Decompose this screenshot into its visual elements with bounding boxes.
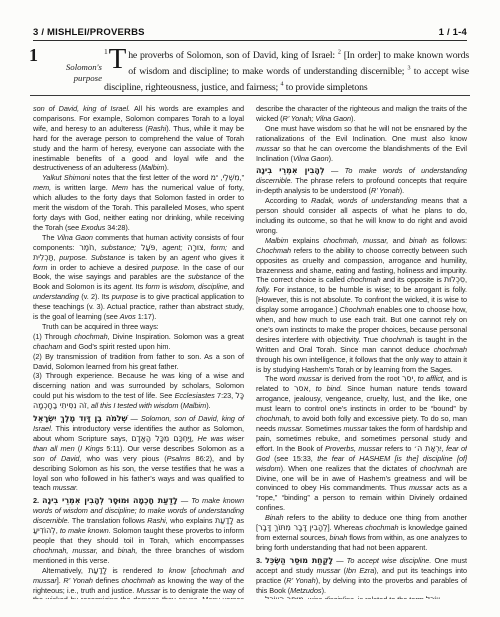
margin-note-line-1: Solomon's xyxy=(44,62,102,73)
text-segment: The word xyxy=(265,374,298,383)
text-segment: Sometimes xyxy=(303,424,343,433)
text-segment: To accept wise discipline. xyxy=(347,556,432,565)
text-segment: to know xyxy=(157,566,185,575)
text-segment: chochmah, xyxy=(74,332,109,341)
text-segment: wise discipline, xyxy=(308,595,356,599)
text-segment: (1) Through xyxy=(33,332,74,341)
hebrew-text: מוּסַר הַשְׂכֵּל xyxy=(265,595,304,599)
verse-number-1: 1 xyxy=(104,47,108,56)
text-segment: form xyxy=(145,282,159,291)
text-segment: 7:23, xyxy=(215,391,236,400)
commentary-column-left: son of David, king of Israel. All his wo… xyxy=(33,104,244,599)
text-segment: is derived from the root xyxy=(322,374,402,383)
commentary-paragraph: son of David, king of Israel. All his wo… xyxy=(33,104,244,173)
hebrew-text: לָקַחַת מוּסַר הַשְׂכֵּל xyxy=(265,556,333,565)
commentary-paragraph: One must have wisdom so that he will not… xyxy=(256,124,467,164)
text-segment: mussar xyxy=(409,483,433,492)
text-segment: Ibn Ezra xyxy=(346,566,374,575)
text-segment: purpose. Substance xyxy=(59,253,125,262)
text-segment: folly. xyxy=(256,285,270,294)
commentary-paragraph: The word mussar is derived from the root… xyxy=(256,374,467,513)
text-segment: Exodus xyxy=(81,223,105,232)
text-segment: R’ Yonah; Vilna Gaon xyxy=(283,114,352,123)
text-segment: — xyxy=(333,556,347,565)
text-segment: Malbim xyxy=(183,401,206,410)
text-segment: is xyxy=(160,282,170,291)
text-segment: is rendered xyxy=(107,566,157,575)
text-segment: and xyxy=(388,236,409,245)
commentary-paragraph: (3) Through experience. Because he was k… xyxy=(33,371,244,411)
text-segment: , xyxy=(465,275,467,284)
text-segment: 34:28). xyxy=(105,223,130,232)
text-segment: 5:11). Our verse describes Solomon as a xyxy=(103,444,244,453)
text-segment: chochmah, mussar, xyxy=(323,236,388,245)
text-segment: substance; xyxy=(101,243,136,252)
text-segment: ). xyxy=(206,401,210,410)
hebrew-text: לָדַעַת חָכְמָה וּמוּסָר לְהָבִין אִמְרֵ… xyxy=(42,496,178,505)
text-segment: chochmah xyxy=(347,275,380,284)
text-segment: to bind. xyxy=(316,384,343,393)
text-segment: ). xyxy=(400,186,404,195)
commentary-paragraph: Yalkut Shimoni notes that the first lett… xyxy=(33,173,244,232)
text-segment: R’ Yonah xyxy=(286,576,315,585)
header-book-title: 3 / MISHLEI/PROVERBS xyxy=(33,27,145,38)
text-segment: Vilna Gaon xyxy=(57,233,93,242)
text-segment: who was very pious ( xyxy=(81,454,166,463)
chapter-number: 1 xyxy=(29,48,38,62)
text-segment: wisdom, discipline, xyxy=(169,282,229,291)
text-segment: mussar xyxy=(298,374,322,383)
text-segment: is taken by an xyxy=(125,253,181,262)
commentary-paragraph: (1) Through chochmah, Divine Inspiration… xyxy=(33,332,244,352)
text-segment: The xyxy=(42,233,57,242)
text-segment: Binah xyxy=(265,513,284,522)
text-segment: , xyxy=(440,595,442,599)
hebrew-text: חֹמֶר xyxy=(79,243,94,252)
text-segment: 2. xyxy=(33,496,42,505)
text-segment: chochmah xyxy=(420,464,453,473)
text-segment: chochmah xyxy=(121,576,154,585)
text-segment: The translation follows xyxy=(70,516,148,525)
text-segment: chochmah xyxy=(381,335,414,344)
text-segment: as xyxy=(234,516,244,525)
text-segment: binah, xyxy=(118,546,138,555)
text-segment: — xyxy=(127,414,140,423)
hebrew-text: יסר xyxy=(402,374,413,383)
text-segment: 3. xyxy=(256,556,265,565)
page-header: 3 / MISHLEI/PROVERBS 1 / 1-4 xyxy=(33,27,467,38)
text-segment: and its opposite is xyxy=(381,275,444,284)
text-segment: Chochmah xyxy=(256,246,291,255)
text-segment: all this I tested with wisdom xyxy=(91,401,179,410)
drop-cap-letter: T xyxy=(109,47,129,72)
text-segment: in order to achieve a desired xyxy=(47,263,151,272)
text-segment: form; xyxy=(211,243,227,252)
text-segment: Mem xyxy=(112,183,128,192)
commentary-paragraph: The Vilna Gaon comments that human activ… xyxy=(33,233,244,322)
text-segment: as follows: xyxy=(427,236,467,245)
text-segment: through his own intelligence, it follows… xyxy=(256,355,467,374)
text-segment: chochmah, mussar, xyxy=(33,546,98,555)
text-segment: Its xyxy=(133,282,145,291)
hebrew-text: תַּכְלִית xyxy=(33,253,54,262)
text-segment: One must have wisdom so that he will not… xyxy=(256,124,467,143)
text-segment: chochmah, xyxy=(256,414,291,423)
hebrew-text: צוּרָה xyxy=(187,243,203,252)
text-segment: Truth can be acquired in three ways: xyxy=(42,322,159,331)
text-segment: binah xyxy=(409,236,427,245)
text-segment: mussar. xyxy=(53,483,78,492)
text-segment: agent; xyxy=(162,243,182,252)
text-segment: to provide simpletons xyxy=(283,82,367,93)
text-segment: Metzudos xyxy=(290,586,321,595)
hebrew-text: וַיֶּחְכַּם מִכָּל הָאָדָם xyxy=(131,434,192,443)
text-segment: son of David, king of Israel. xyxy=(33,104,134,113)
text-segment: and God’s spirit rested upon him. xyxy=(62,342,170,351)
text-segment: ). xyxy=(329,154,333,163)
text-segment: (v. 2). Its xyxy=(79,292,112,301)
text-segment: (2) By transmission of tradition from fa… xyxy=(33,352,244,371)
verse-text-body: he proverbs of Solomon, son of David, ki… xyxy=(104,50,469,93)
hebrew-text: שֵׂכֶל xyxy=(426,595,440,599)
commentary-paragraph: 2. לָדַעַת חָכְמָה וּמוּסָר לְהָבִין אִמ… xyxy=(33,496,244,565)
text-segment: According to xyxy=(265,196,311,205)
text-segment: Ecclesiastes xyxy=(175,391,215,400)
text-segment: , xyxy=(309,384,316,393)
text-segment: Yalkut Shimoni xyxy=(42,173,90,182)
text-segment: purpose xyxy=(112,292,138,301)
text-segment: Alternatively, xyxy=(42,566,88,575)
text-segment: explains xyxy=(288,236,323,245)
commentary-paragraph: According to Radak, words of understandi… xyxy=(256,196,467,236)
hebrew-text: פֹּעַל xyxy=(141,243,155,252)
commentary-paragraph: Malbim explains chochmah, mussar, and bi… xyxy=(256,236,467,375)
commentary-paragraph: (2) By transmission of tradition from fa… xyxy=(33,352,244,372)
text-segment: Malbim xyxy=(265,236,288,245)
text-segment: R’ Yonah xyxy=(63,576,92,585)
text-segment: — xyxy=(178,496,192,505)
hebrew-text: לְהָבִין אִמְרֵי בִינָה xyxy=(256,166,325,175)
text-segment: chochmah xyxy=(365,523,398,532)
commentary-paragraph: Alternatively, לָדַעַת is rendered to kn… xyxy=(33,566,244,599)
text-segment: and xyxy=(230,282,244,291)
text-segment: ). xyxy=(351,114,355,123)
text-segment: Divine Inspiration. Solomon was a great xyxy=(110,332,244,341)
text-segment: so that he can overcome the blandishment… xyxy=(256,144,467,163)
hebrew-text: אסר xyxy=(294,384,309,393)
verse-translation: 1The proverbs of Solomon, son of David, … xyxy=(104,47,469,95)
hebrew-text: שְׁלֹמֹה בֶן דָּוִד מֶלֶךְ יִשְׂרָאֵל xyxy=(33,414,127,423)
text-segment: ). xyxy=(164,163,168,172)
commentary-paragraph: 3. לָקַחַת מוּסַר הַשְׂכֵּל — To accept … xyxy=(256,556,467,596)
text-segment: Vilna Gaon xyxy=(293,154,329,163)
text-segment: he proverbs of Solomon, son of David, ki… xyxy=(128,50,338,61)
text-segment: 1:17). xyxy=(136,312,156,321)
commentary-section: son of David, king of Israel. All his wo… xyxy=(33,104,467,599)
hebrew-text: לָדַעַת xyxy=(88,566,107,575)
header-chapter-verses: 1 / 1-4 xyxy=(439,27,467,38)
text-segment: mem, xyxy=(33,183,51,192)
text-segment: son of David, xyxy=(33,454,81,463)
commentary-paragraph: Binah refers to the ability to deduce on… xyxy=(256,513,467,553)
hebrew-text: מִשְׁלֵי xyxy=(223,173,240,182)
text-segment: and xyxy=(227,243,244,252)
text-segment: who gives it xyxy=(200,253,244,262)
text-segment: ]. Whereas xyxy=(328,523,366,532)
text-segment: is written large. xyxy=(51,183,112,192)
text-segment: notes that the first letter of the word xyxy=(90,173,211,182)
section-divider-rule xyxy=(30,95,470,96)
margin-note-line-2: purpose xyxy=(44,73,102,84)
commentary-paragraph: describe the character of the righteous … xyxy=(256,104,467,124)
text-segment: Rashi, xyxy=(147,516,168,525)
text-segment: understanding xyxy=(33,292,79,301)
text-segment: substance xyxy=(188,272,221,281)
commentary-paragraph: לְהָבִין אִמְרֵי בִינָה — To make words … xyxy=(256,166,467,196)
text-segment: to afflict, xyxy=(418,374,445,383)
hebrew-text: לָדַעַת xyxy=(215,516,234,525)
text-segment: chacham xyxy=(33,342,62,351)
text-segment: R’ Yonah xyxy=(371,186,400,195)
text-segment: mussar. xyxy=(278,424,303,433)
hebrew-text: לְהָבִין דָּבָר מִתּוֹךְ דָּבָר xyxy=(258,523,328,532)
text-segment: binah xyxy=(330,533,348,542)
text-segment: purpose. xyxy=(152,263,180,272)
hebrew-text: סִכְלוּת xyxy=(444,275,465,284)
text-segment: refers to xyxy=(382,444,414,453)
text-segment: defines xyxy=(93,576,122,585)
commentary-column-right: describe the character of the righteous … xyxy=(256,104,467,599)
text-segment: ). When one realizes that the dictates o… xyxy=(281,464,420,473)
text-segment: Rashi xyxy=(148,124,167,133)
text-segment: who explains xyxy=(168,516,215,525)
text-segment: , xyxy=(204,243,211,252)
verse-section: 1 Solomon's purpose 1The proverbs of Sol… xyxy=(0,46,500,95)
text-segment: Proverbs, mussar xyxy=(325,444,382,453)
margin-note: Solomon's purpose xyxy=(44,62,102,84)
text-segment: — xyxy=(325,166,345,175)
drop-cap: 1T xyxy=(104,47,128,72)
text-segment: (see 15:33, xyxy=(270,454,318,463)
text-segment: I Kings xyxy=(80,444,103,453)
text-segment: Malbim xyxy=(141,163,164,172)
text-segment: Radak, words of understanding xyxy=(311,196,417,205)
commentary-paragraph: מוּסַר הַשְׂכֵּל, wise discipline, is re… xyxy=(256,595,467,599)
text-segment: chochmah xyxy=(434,345,467,354)
text-segment: is related to the term xyxy=(356,595,426,599)
header-rule xyxy=(33,40,467,41)
hebrew-text: יִרְאַת ה׳ xyxy=(414,444,442,453)
text-segment: agent. xyxy=(113,282,133,291)
text-segment: mussar xyxy=(256,144,280,153)
text-segment: agent xyxy=(181,253,199,262)
text-segment: mussar xyxy=(317,566,341,575)
text-segment: to make known. xyxy=(60,526,111,535)
book-page: 3 / MISHLEI/PROVERBS 1 / 1-4 1 Solomon's… xyxy=(0,0,500,617)
text-segment: form xyxy=(33,263,47,272)
text-segment: ). xyxy=(322,586,326,595)
text-segment: mussar xyxy=(343,424,367,433)
text-segment: Chochmah xyxy=(339,305,374,314)
text-segment: Psalms xyxy=(167,454,191,463)
text-segment: Mussar xyxy=(137,586,161,595)
hebrew-text: לְהוֹדִיעַ xyxy=(33,526,56,535)
commentary-paragraph: שְׁלֹמֹה בֶן דָּוִד מֶלֶךְ יִשְׂרָאֵל — … xyxy=(33,414,244,493)
commentary-paragraph: Truth can be acquired in three ways: xyxy=(33,322,244,332)
text-segment: Avos xyxy=(120,312,136,321)
text-segment: and xyxy=(98,546,118,555)
